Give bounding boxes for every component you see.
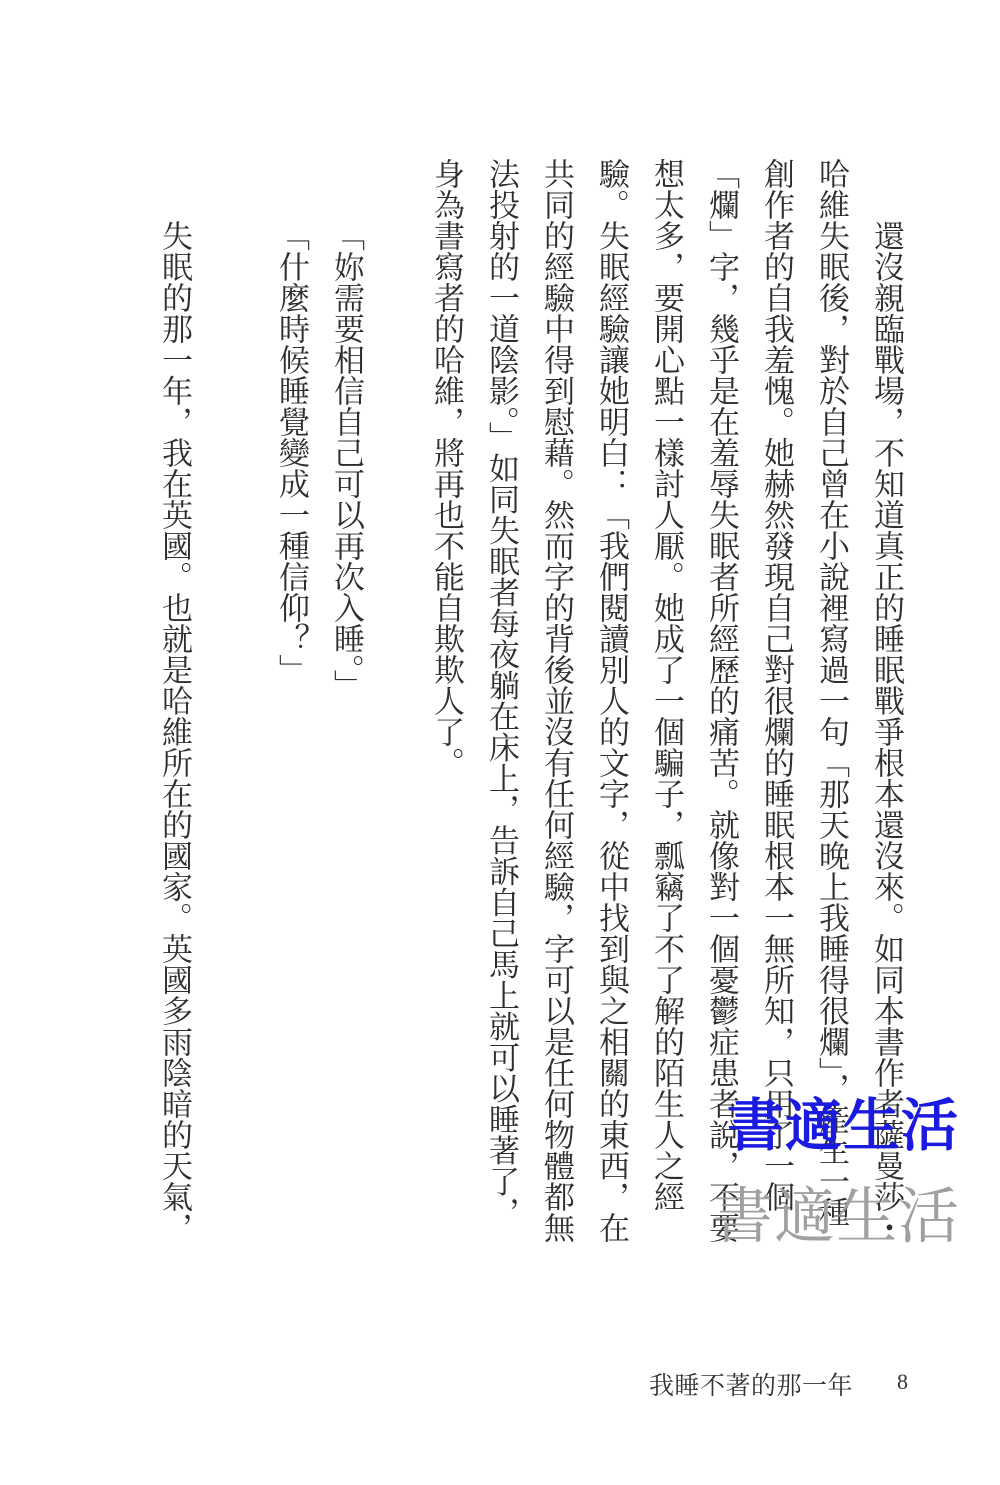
paragraph: 失眠的那一年，我在英國。也就是哈維所在的國家。英國多雨陰暗的天氣， xyxy=(147,158,202,1250)
paragraph: 還沒親臨戰場，不知道真正的睡眠戰爭根本還沒來。如同本書作者薩曼莎・哈維失眠後，對… xyxy=(419,158,914,1250)
footer-book-title: 我睡不著的那一年 xyxy=(649,1366,853,1402)
quote-line: 「什麼時候睡覺變成一種信仰？」 xyxy=(264,158,319,1250)
quote-line: 「妳需要相信自己可以再次入睡。」 xyxy=(319,158,374,1250)
page-number: 8 xyxy=(897,1369,908,1395)
main-text: 還沒親臨戰場，不知道真正的睡眠戰爭根本還沒來。如同本書作者薩曼莎・哈維失眠後，對… xyxy=(147,158,914,1250)
book-page: 還沒親臨戰場，不知道真正的睡眠戰爭根本還沒來。如同本書作者薩曼莎・哈維失眠後，對… xyxy=(0,0,1000,1485)
